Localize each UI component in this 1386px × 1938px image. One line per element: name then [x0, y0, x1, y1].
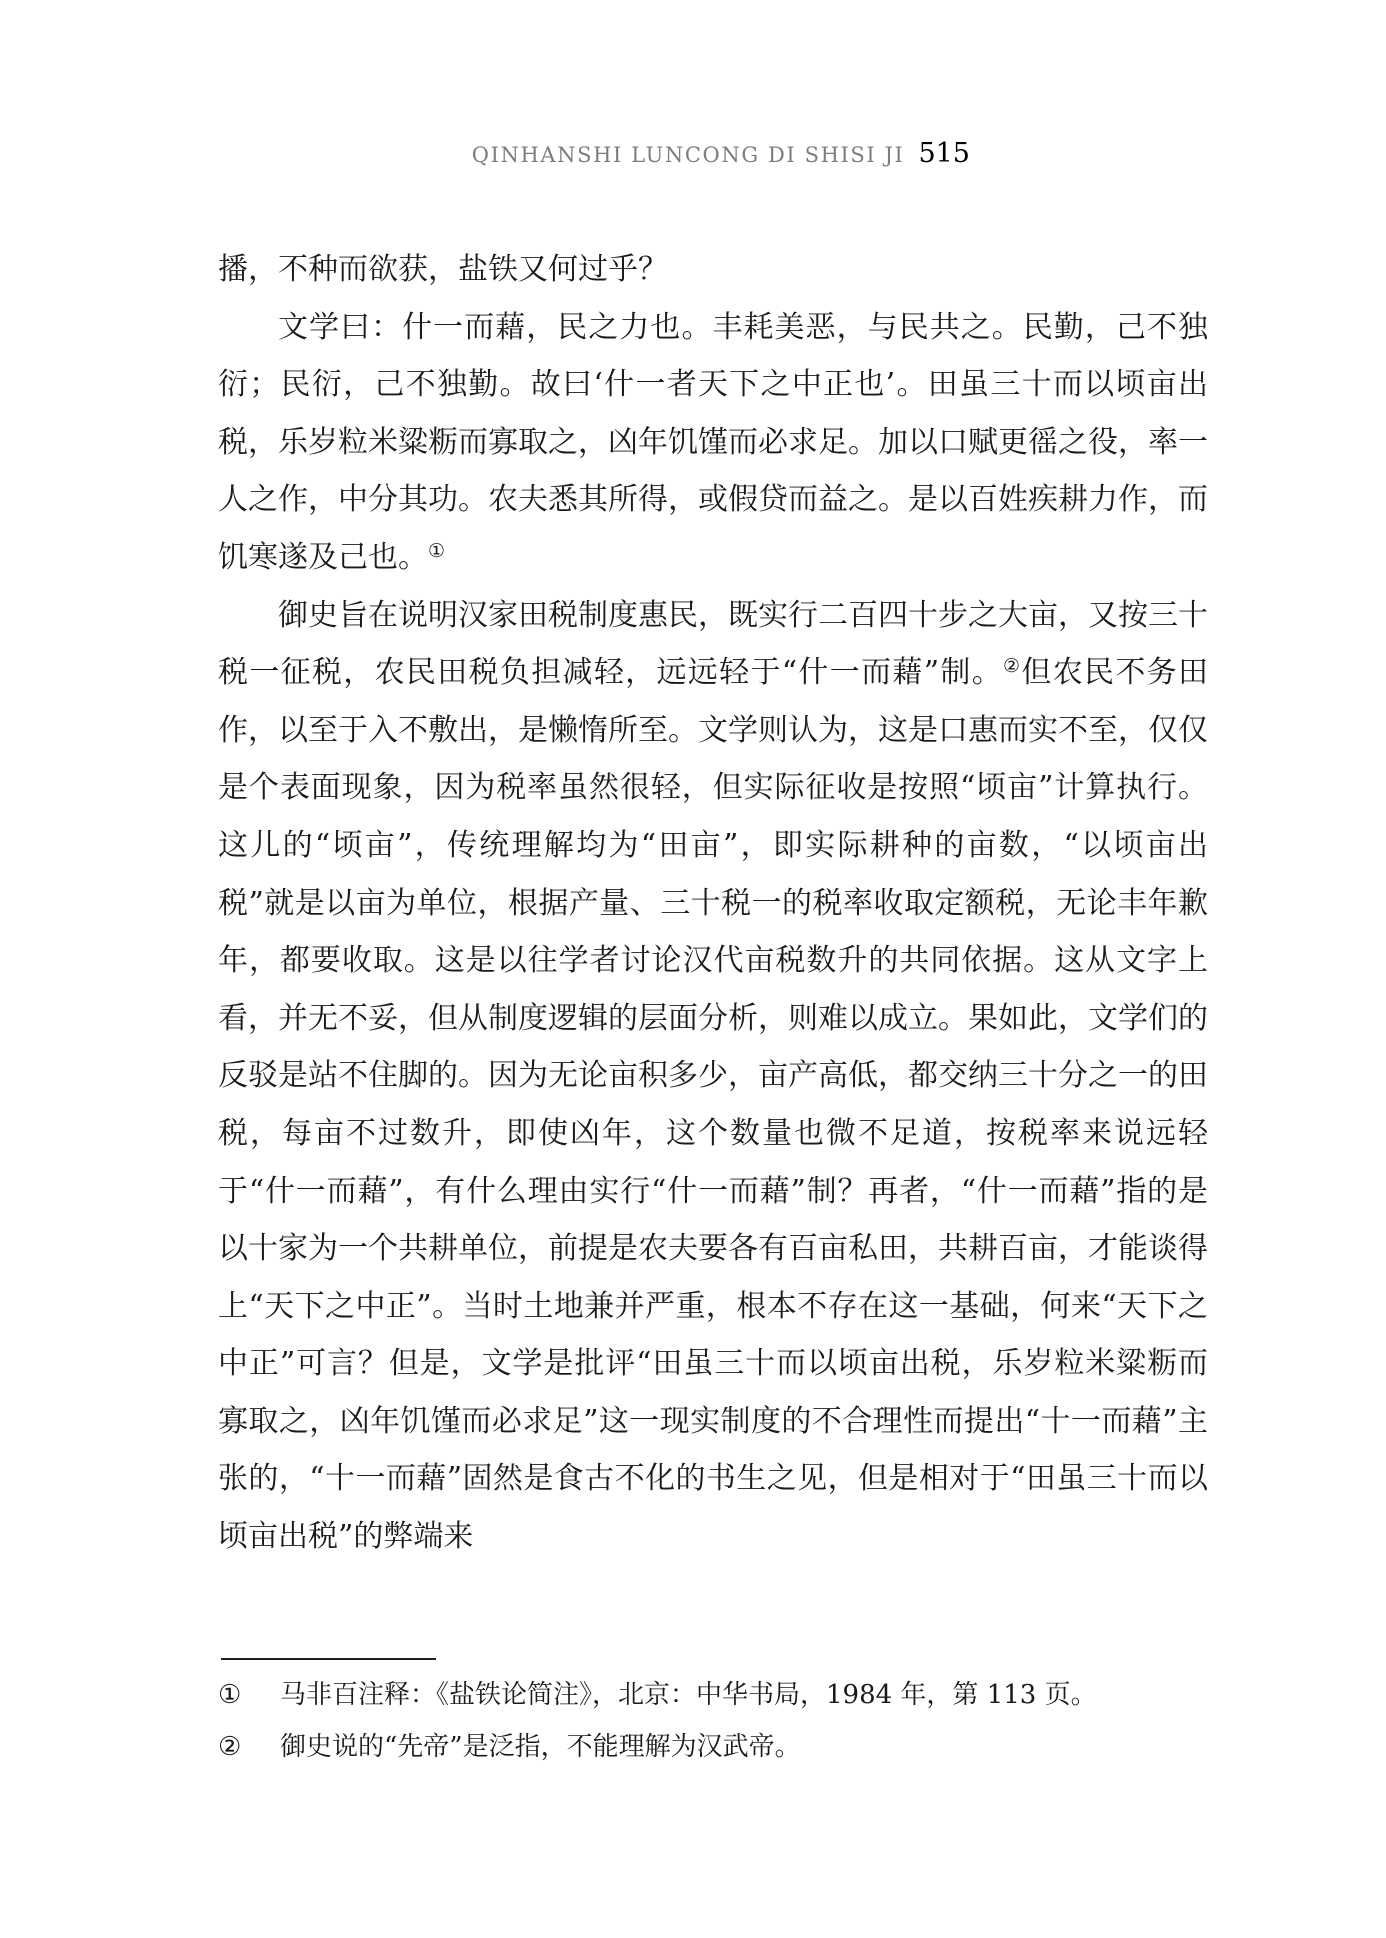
page-number: 515: [918, 138, 970, 169]
paragraph-commentary-text-b: 但农民不务田作，以至于入不敷出，是懒惰所至。文学则认为，这是口惠而实不至，仅仅是…: [218, 655, 1208, 1554]
paragraph-commentary: 御史旨在说明汉家田税制度惠民，既实行二百四十步之大亩，又按三十税一征税，农民田税…: [218, 587, 1208, 1566]
footnote-1-marker: ①: [218, 1669, 280, 1721]
paragraph-quote-continuation: 播，不种而欲获，盐铁又何过乎？: [218, 241, 1208, 299]
footnote-ref-1: ①: [428, 540, 445, 562]
footnote-ref-2: ②: [1003, 655, 1021, 677]
footnote-2: ② 御史说的“先帝”是泛指，不能理解为汉武帝。: [218, 1721, 1216, 1773]
paragraph-quote-text: 文学曰：什一而藉，民之力也。丰耗美恶，与民共之。民勤，己不独衍；民衍，己不独勤。…: [218, 310, 1208, 575]
body-text: 播，不种而欲获，盐铁又何过乎？ 文学曰：什一而藉，民之力也。丰耗美恶，与民共之。…: [218, 241, 1208, 1566]
footnote-1-text: 马非百注释：《盐铁论简注》，北京：中华书局，1984 年，第 113 页。: [280, 1669, 1216, 1721]
running-head: QINHANSHI LUNCONG DI SHISI JI 515: [0, 138, 970, 169]
paragraph-quote: 文学曰：什一而藉，民之力也。丰耗美恶，与民共之。民勤，己不独衍；民衍，己不独勤。…: [218, 299, 1208, 587]
footnote-separator: [221, 1658, 436, 1660]
footnote-2-marker: ②: [218, 1721, 280, 1773]
footnote-1: ① 马非百注释：《盐铁论简注》，北京：中华书局，1984 年，第 113 页。: [218, 1669, 1216, 1721]
footnote-2-text: 御史说的“先帝”是泛指，不能理解为汉武帝。: [280, 1721, 1216, 1773]
book-page: QINHANSHI LUNCONG DI SHISI JI 515 播，不种而欲…: [0, 0, 1386, 1938]
footnotes: ① 马非百注释：《盐铁论简注》，北京：中华书局，1984 年，第 113 页。 …: [218, 1669, 1216, 1773]
running-head-title: QINHANSHI LUNCONG DI SHISI JI: [472, 143, 905, 167]
